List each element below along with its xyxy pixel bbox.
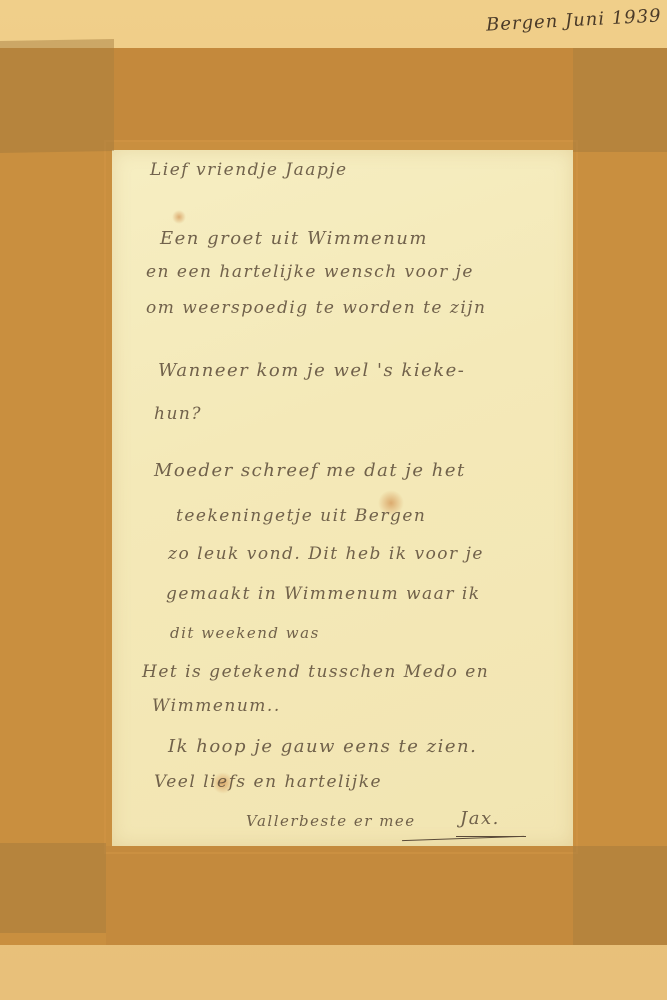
letter-signature: Jax. — [460, 808, 500, 829]
letter-line: Veel liefs en hartelijke — [154, 772, 382, 792]
letter-line: teekeningetje uit Bergen — [176, 506, 426, 526]
letter-line: Het is getekend tusschen Medo en — [142, 662, 489, 682]
letter-line: Een groet uit Wimmenum — [160, 228, 428, 249]
tape-corner-bottom-right — [573, 846, 667, 945]
letter-line: Ik hoop je gauw eens te zien. — [168, 736, 477, 757]
letter-salutation: Lief vriendje Jaapje — [150, 160, 348, 180]
letter-line: Wanneer kom je wel 's kieke- — [158, 360, 465, 381]
letter-line: Wimmenum.. — [152, 696, 281, 716]
letter-line: Moeder schreef me dat je het — [154, 460, 466, 481]
signature-underline-double — [456, 836, 526, 837]
letter-line: om weerspoedig te worden te zijn — [146, 298, 486, 318]
tape-corner-bottom-left — [0, 843, 106, 933]
tape-strip-bottom — [106, 846, 573, 945]
letter-line: dit weekend was — [170, 624, 320, 642]
letter-line: zo leuk vond. Dit heb ik voor je — [168, 544, 484, 564]
tape-corner-top-right — [573, 48, 667, 152]
letter-line: en een hartelijke wensch voor je — [146, 262, 474, 282]
letter-line: gemaakt in Wimmenum waar ik — [166, 584, 481, 604]
stain-spot — [172, 210, 186, 224]
letter-closing: Vallerbeste er mee — [246, 812, 416, 830]
letter-line: hun? — [154, 404, 202, 424]
tape-strip-top — [114, 48, 573, 140]
tape-corner-top-left — [0, 39, 114, 153]
